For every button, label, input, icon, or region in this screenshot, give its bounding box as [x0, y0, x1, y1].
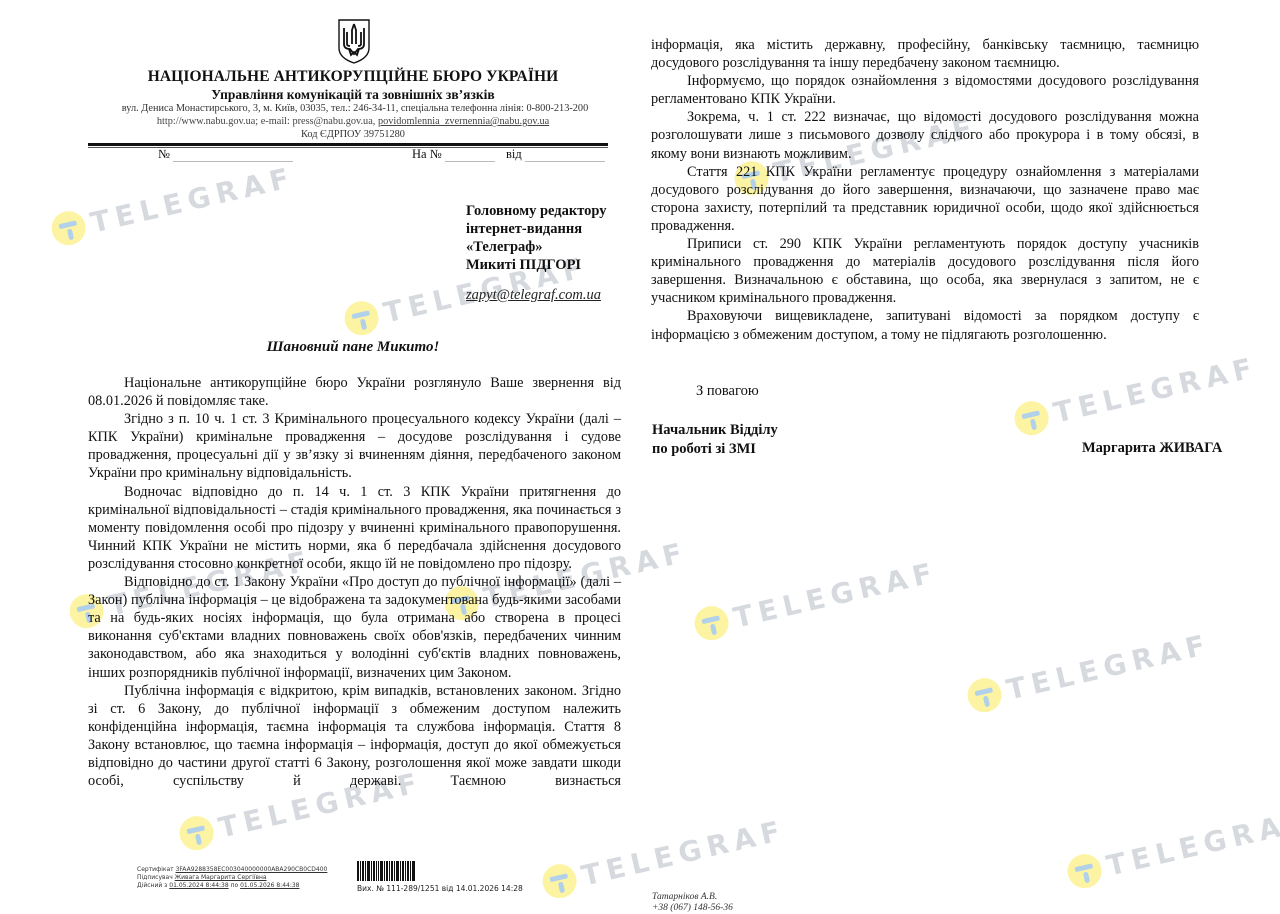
recipient-email-link[interactable]: zapyt@telegraf.com.ua	[466, 287, 601, 304]
telegraf-watermark: TELEGRAF	[1064, 803, 1280, 892]
executor-name: Татарніков А.В.	[652, 892, 733, 903]
paragraph: Національне антикорупційне бюро України …	[88, 374, 621, 410]
coat-of-arms-icon	[336, 18, 372, 64]
telegraf-logo-icon	[1064, 851, 1105, 892]
salutation: Шановний пане Микито!	[88, 339, 618, 356]
org-address: вул. Дениса Монастирського, 3, м. Київ, …	[80, 103, 630, 114]
telegraf-watermark: TELEGRAF	[691, 555, 941, 644]
paragraph: Водночас відповідно до п. 14 ч. 1 ст. 3 …	[88, 483, 621, 573]
certificate-id: 3FAA9288358EC003040000000ABA290CB0CD400	[176, 866, 328, 873]
letterhead-divider	[88, 143, 608, 146]
recipient-block: Головному редактору інтернет-видання «Те…	[466, 202, 607, 274]
telegraf-watermark: TELEGRAF	[1011, 350, 1261, 439]
org-name: НАЦІОНАЛЬНЕ АНТИКОРУПЦІЙНЕ БЮРО УКРАЇНИ	[88, 68, 618, 86]
telegraf-watermark: TELEGRAF	[539, 813, 789, 902]
org-code: Код ЄДРПОУ 39751280	[88, 129, 618, 140]
org-contacts: http://www.nabu.gov.ua; e-mail: press@na…	[88, 116, 618, 127]
paragraph-continuation: інформація, яка містить державну, профес…	[651, 36, 1199, 72]
letter-body-left: Національне антикорупційне бюро України …	[88, 374, 621, 790]
paragraph: Згідно з п. 10 ч. 1 ст. 3 Кримінального …	[88, 410, 621, 482]
department-name: Управління комунікацій та зовнішніх зв’я…	[88, 87, 618, 103]
telegraf-logo-icon	[341, 298, 382, 339]
signatory-name: Маргарита ЖИВАГА	[1082, 440, 1222, 457]
signer-name: Живага Маргарита Сергіївна	[175, 874, 267, 881]
outgoing-registration-number: Вих. № 111-289/1251 від 14.01.2026 14:28	[357, 884, 523, 893]
appeals-email-link[interactable]: povidomlennia_zvernennia@nabu.gov.ua	[378, 116, 549, 127]
executor-phone: +38 (067) 148-56-36	[652, 903, 733, 914]
paragraph: Стаття 221 КПК України регламентує проце…	[651, 163, 1199, 235]
signatory-title: Начальник Відділу по роботі зі ЗМІ	[652, 421, 778, 459]
paragraph: Інформуємо, що порядок ознайомлення з ві…	[651, 72, 1199, 108]
paragraph: Враховуючи вищевикладене, запитувані від…	[651, 307, 1199, 343]
telegraf-logo-icon	[176, 813, 217, 854]
paragraph: Публічна інформація є відкритою, крім ви…	[88, 682, 621, 791]
e-signature-stamp: Сертифікат 3FAA9288358EC003040000000ABA2…	[137, 866, 327, 890]
telegraf-logo-icon	[539, 861, 580, 902]
reply-date-field: від	[506, 147, 605, 162]
telegraf-logo-icon	[48, 208, 89, 249]
telegraf-logo-icon	[964, 675, 1005, 716]
telegraf-logo-icon	[1011, 398, 1052, 439]
outgoing-number-field: №	[158, 147, 293, 162]
paragraph: Зокрема, ч. 1 ст. 222 визначає, що відом…	[651, 108, 1199, 162]
closing-regards: З повагою	[696, 383, 759, 400]
telegraf-watermark: TELEGRAF	[964, 627, 1214, 716]
paragraph: Відповідно до ст. 1 Закону України «Про …	[88, 573, 621, 682]
paragraph: Приписи ст. 290 КПК України регламентуют…	[651, 235, 1199, 307]
executor-info: Татарніков А.В. +38 (067) 148-56-36	[652, 892, 733, 914]
reply-to-number-field: На №	[412, 147, 495, 162]
telegraf-watermark: TELEGRAF	[48, 160, 298, 249]
letter-body-right: інформація, яка містить державну, профес…	[651, 36, 1199, 344]
barcode-icon	[357, 861, 415, 881]
telegraf-logo-icon	[691, 603, 732, 644]
